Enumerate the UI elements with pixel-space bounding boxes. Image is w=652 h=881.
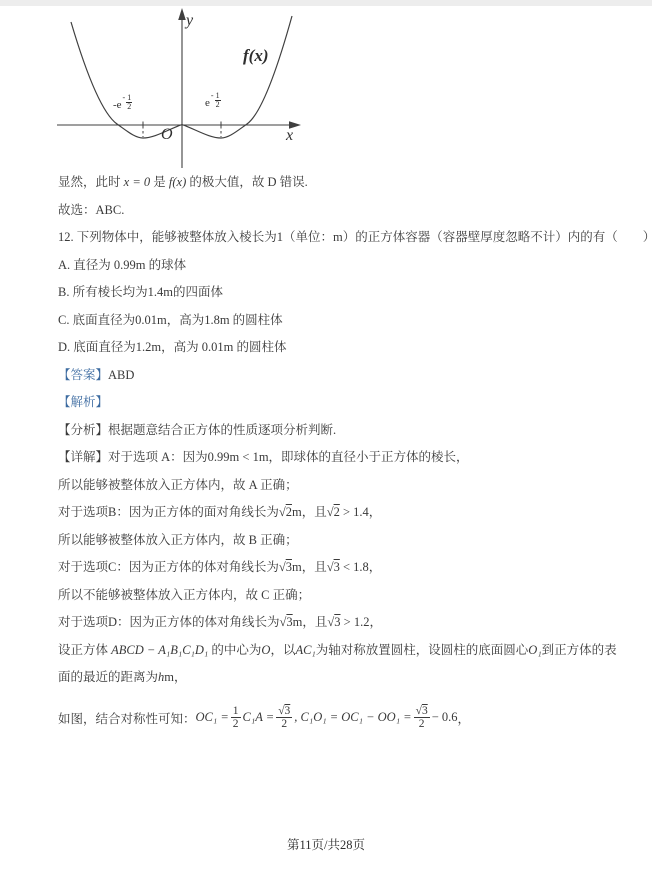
optA-conclusion-line: 所以能够被整体放入正方体内，故 A 正确； bbox=[58, 479, 634, 492]
solution-text-column: 显然，此时 x = 0 是 f(x) 的极大值，故 D 错误. 故选：ABC. … bbox=[58, 176, 634, 737]
origin-label: O bbox=[161, 126, 173, 144]
curve-plot-svg bbox=[55, 6, 307, 172]
question-stem: 12. 下列物体中，能够被整体放入棱长为1（单位：m）的正方体容器（容器壁厚度忽… bbox=[58, 231, 634, 244]
optC-conclusion-line: 所以不能够被整体放入正方体内，故 C 正确； bbox=[58, 589, 634, 602]
document-page: y x f(x) O -e-12 e-12 显然，此时 x = 0 是 f(x)… bbox=[0, 0, 652, 881]
right-tick-label: e-12 bbox=[205, 92, 221, 109]
prev-conclusion-line: 显然，此时 x = 0 是 f(x) 的极大值，故 D 错误. bbox=[58, 176, 634, 189]
answer-tag: 【答案】 bbox=[58, 368, 108, 382]
option-label: A. bbox=[58, 258, 70, 272]
y-axis-label: y bbox=[186, 12, 193, 30]
optD-line: 对于选项D：因为正方体的体对角线长为√3m，且√3 > 1.2， bbox=[58, 616, 634, 629]
left-tick-base: -e bbox=[113, 99, 122, 111]
xiangjie-tag: 【详解】 bbox=[58, 450, 108, 464]
curve-label: f(x) bbox=[243, 46, 268, 66]
right-tick-base: e bbox=[205, 97, 210, 109]
optC-line: 对于选项C：因为正方体的体对角线长为√3m，且√3 < 1.8， bbox=[58, 561, 634, 574]
x-equals-0-math: x = 0 bbox=[124, 175, 150, 189]
radical-icon: √ bbox=[279, 505, 286, 519]
fx-math: f(x) bbox=[169, 175, 186, 189]
analysis-tag: 【解析】 bbox=[58, 395, 108, 409]
radical-icon: √ bbox=[279, 560, 286, 574]
y-axis-arrow bbox=[178, 8, 186, 20]
option-label: D. bbox=[58, 340, 70, 354]
setup-line-1: 设正方体 ABCD − A₁B₁C₁D₁ 的中心为O，以AC₁为轴对称放置圆柱，… bbox=[58, 644, 634, 657]
optB-conclusion-line: 所以能够被整体放入正方体内，故 B 正确； bbox=[58, 534, 634, 547]
sqrt3-over-2-fraction: √32 bbox=[276, 705, 292, 730]
center-O1-math: O₁ bbox=[528, 643, 541, 657]
symmetry-formula-line: 如图，结合对称性可知： OC₁ = 12 C₁A = √32 , C₁O₁ = … bbox=[58, 699, 634, 737]
axis-AC1-math: AC₁ bbox=[295, 643, 315, 657]
answer-value: ABD bbox=[108, 368, 134, 382]
radical-icon: √ bbox=[327, 505, 334, 519]
xiangjie-optA-line: 【详解】对于选项 A：因为0.99m < 1m，即球体的直径小于正方体的棱长， bbox=[58, 451, 634, 464]
one-half-fraction: 12 bbox=[231, 705, 241, 730]
setup-line-2: 面的最近的距离为hm， bbox=[58, 671, 634, 684]
page-footer: 第11页/共28页 bbox=[0, 835, 652, 853]
option-row-b: B. 所有棱长均为1.4m的四面体 bbox=[58, 286, 634, 299]
left-tick-exponent: -12 bbox=[123, 94, 133, 111]
sqrt3-over-2-fraction: √32 bbox=[414, 705, 430, 730]
fenxi-line: 【分析】根据题意结合正方体的性质逐项分析判断. bbox=[58, 424, 634, 437]
option-label: C. bbox=[58, 313, 69, 327]
prev-choice-line: 故选：ABC. bbox=[58, 204, 634, 217]
option-row-d: D. 底面直径为1.2m，高为 0.01m 的圆柱体 bbox=[58, 341, 634, 354]
fenxi-tag: 【分析】 bbox=[58, 423, 108, 437]
function-graph-figure: y x f(x) O -e-12 e-12 bbox=[55, 6, 307, 172]
radical-icon: √ bbox=[327, 560, 334, 574]
cube-vertices-math: ABCD − A₁B₁C₁D₁ bbox=[111, 643, 208, 657]
left-tick-label: -e-12 bbox=[113, 94, 132, 111]
analysis-header-line: 【解析】 bbox=[58, 396, 634, 409]
option-row-a: A. 直径为 0.99m 的球体 bbox=[58, 259, 634, 272]
x-axis-label: x bbox=[286, 127, 293, 145]
question-number: 12. bbox=[58, 230, 74, 244]
right-tick-exponent: -12 bbox=[211, 92, 221, 109]
option-row-c: C. 底面直径为0.01m，高为1.8m 的圆柱体 bbox=[58, 314, 634, 327]
optB-line: 对于选项B：因为正方体的面对角线长为√2m，且√2 > 1.4， bbox=[58, 506, 634, 519]
answer-line: 【答案】ABD bbox=[58, 369, 634, 382]
option-label: B. bbox=[58, 285, 69, 299]
